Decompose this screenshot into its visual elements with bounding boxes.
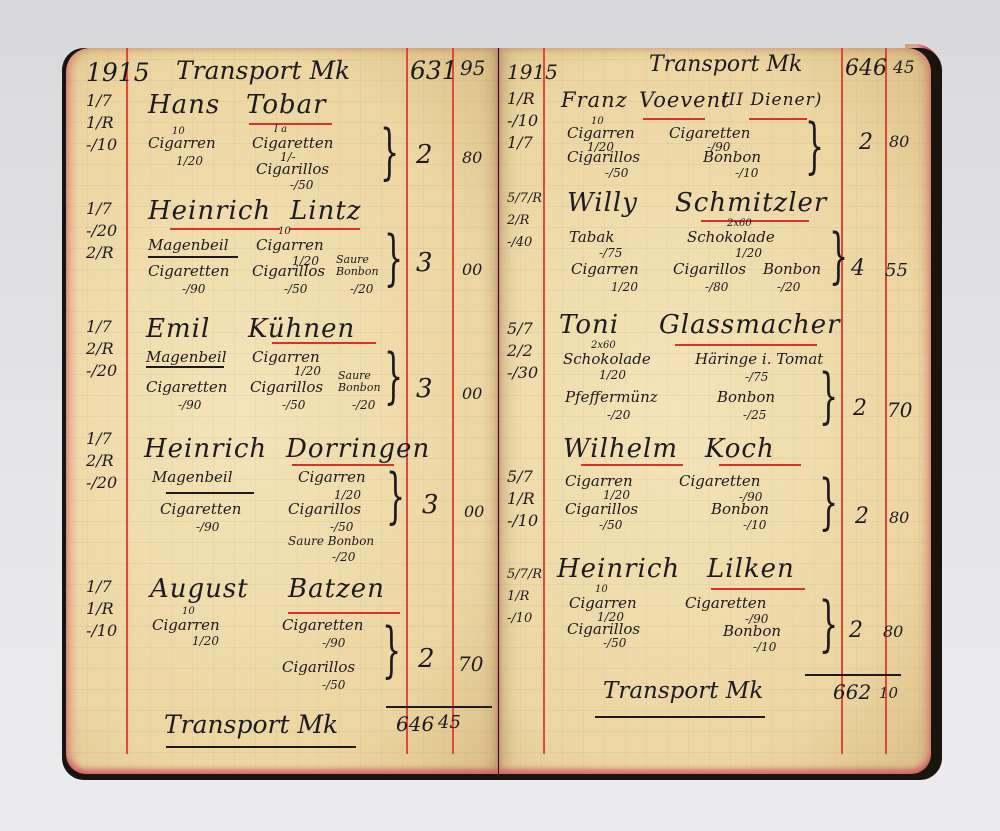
- header-amount-marks: 631: [410, 56, 458, 85]
- item-name: Cigaretten: [148, 262, 229, 280]
- item-name: Cigarillos: [250, 378, 323, 396]
- item-name: Cigarillos: [673, 260, 746, 278]
- header-transport-label: Transport Mk: [176, 56, 350, 85]
- pfennig-column-rule: [452, 48, 454, 754]
- entry-dates: 1/7-/202/R: [86, 198, 117, 264]
- item-price: -/50: [603, 636, 626, 650]
- name-underline: [719, 464, 801, 466]
- entry-total-marks: 3: [416, 248, 433, 278]
- customer-first-name: Willy: [567, 188, 638, 218]
- customer-last-name: Schmitzler: [675, 188, 827, 218]
- entry-total-marks: 2: [418, 644, 435, 674]
- item-price: -/20: [352, 398, 375, 412]
- item-price: -/10: [753, 640, 776, 654]
- entry-total-cents: 80: [462, 148, 482, 167]
- grouping-brace: }: [384, 346, 403, 406]
- entry-total-cents: 00: [464, 502, 484, 521]
- entry-dates: 1/R-/101/7: [507, 88, 538, 154]
- grouping-brace: }: [380, 122, 399, 182]
- grouping-brace: }: [382, 620, 401, 680]
- item-name: Saure Bonbon: [338, 370, 378, 394]
- header-transport-label: Transport Mk: [649, 52, 802, 77]
- item-name: Cigarren: [152, 616, 220, 634]
- entry-total-marks: 2: [849, 618, 863, 643]
- left-page: 1915 Transport Mk 631 95 1/71/R-/10 Hans…: [66, 48, 498, 774]
- item-name: Cigarren: [148, 134, 216, 152]
- item-name: Cigarillos: [565, 500, 638, 518]
- item-name: Magenbeil: [146, 348, 227, 366]
- grouping-brace: }: [819, 472, 838, 532]
- grouping-brace: }: [384, 228, 403, 288]
- entry-total-marks: 3: [422, 490, 439, 520]
- right-page: 1915 Transport Mk 646 45 1/R-/101/7 Fran…: [499, 48, 931, 774]
- item-price: -/20: [777, 280, 800, 294]
- customer-last-name: Tobar: [246, 90, 327, 120]
- customer-first-name: Heinrich: [144, 434, 267, 464]
- item-name: Magenbeil: [148, 236, 229, 254]
- item-price: -/50: [290, 178, 313, 192]
- entry-dates: 5/7/R1/R-/10: [507, 564, 542, 630]
- name-underline: [290, 228, 360, 230]
- customer-first-name: Wilhelm: [563, 434, 678, 464]
- customer-last-name: Lintz: [290, 196, 361, 226]
- grouping-brace: }: [819, 366, 838, 426]
- item-name: Cigaretten: [160, 500, 241, 518]
- entry-total-cents: 80: [889, 132, 909, 151]
- name-underline: [711, 588, 805, 590]
- item-name: Schokolade: [687, 228, 775, 246]
- item-price: -/80: [705, 280, 728, 294]
- item-name: Cigarren: [571, 260, 639, 278]
- customer-first-name: Hans: [148, 90, 220, 120]
- item-name: Bonbon: [763, 260, 821, 278]
- name-underline: [272, 342, 376, 344]
- item-price: -/90: [182, 282, 205, 296]
- item-name: Bonbon: [723, 622, 781, 640]
- entry-total-marks: 2: [859, 130, 873, 155]
- item-name: Cigarillos: [567, 148, 640, 166]
- item-price: -/25: [743, 408, 766, 422]
- item-price: 1/20: [599, 368, 626, 382]
- item-price: -/50: [282, 398, 305, 412]
- header-year: 1915: [86, 58, 150, 87]
- name-underline: [292, 464, 394, 466]
- customer-last-name: Kühnen: [248, 314, 355, 344]
- item-price: -/90: [196, 520, 219, 534]
- entry-total-cents: 00: [462, 260, 482, 279]
- entry-total-marks: 2: [416, 140, 433, 170]
- customer-note: (II Diener): [721, 90, 822, 110]
- entry-dates: 1/72/R-/20: [86, 316, 117, 382]
- name-underline: [288, 612, 400, 614]
- grouping-brace: }: [386, 466, 405, 526]
- name-underline: [643, 118, 705, 120]
- footer-underline: [166, 746, 356, 748]
- item-price: 1/20: [611, 280, 638, 294]
- item-name: Cigarillos: [282, 658, 355, 676]
- footer-amount-marks: 662: [833, 680, 871, 704]
- header-amount-cents: 45: [893, 58, 915, 78]
- customer-last-name: Batzen: [288, 574, 385, 604]
- item-price: -/10: [735, 166, 758, 180]
- item-name: Cigaretten: [282, 616, 363, 634]
- entry-total-marks: 3: [416, 374, 433, 404]
- item-name: Cigarren: [298, 468, 366, 486]
- item-price: -/50: [322, 678, 345, 692]
- footer-transport-label: Transport Mk: [164, 710, 338, 739]
- item-name: Bonbon: [717, 388, 775, 406]
- item-name: Cigarren: [256, 236, 324, 254]
- item-price: 1/20: [192, 634, 219, 648]
- name-underline: [749, 118, 807, 120]
- item-name: Cigaretten: [146, 378, 227, 396]
- entry-total-cents: 80: [889, 508, 909, 527]
- item-name: Cigaretten: [679, 472, 760, 490]
- name-underline: [701, 220, 809, 222]
- footer-amount-cents: 10: [879, 684, 898, 702]
- sum-line: [386, 706, 492, 708]
- item-price: 1/20: [176, 154, 203, 168]
- footer-underline: [595, 716, 765, 718]
- header-amount-marks: 646: [845, 56, 887, 81]
- customer-first-name: Emil: [146, 314, 210, 344]
- name-underline: [675, 344, 817, 346]
- entry-dates: 5/71/R-/10: [507, 466, 538, 532]
- entry-dates: 5/72/2-/30: [507, 318, 538, 384]
- item-name: Saure Bonbon: [288, 534, 374, 548]
- footer-amount-marks: 646: [396, 712, 434, 736]
- customer-first-name: Heinrich: [148, 196, 271, 226]
- mark-column-rule: [841, 48, 843, 754]
- name-underline: [170, 228, 280, 230]
- item-name: Cigarillos: [288, 500, 361, 518]
- item-price: -/50: [605, 166, 628, 180]
- item-name: Pfeffermünz: [565, 388, 658, 406]
- customer-first-name: Heinrich: [557, 554, 680, 584]
- item-price: 1/20: [735, 246, 762, 260]
- sum-line: [805, 674, 901, 676]
- grouping-brace: }: [819, 594, 838, 654]
- date-column-rule: [543, 48, 545, 754]
- customer-last-name: Koch: [705, 434, 775, 464]
- item-name: Magenbeil: [152, 468, 233, 486]
- item-price: -/75: [599, 246, 622, 260]
- item-price: -/50: [599, 518, 622, 532]
- entry-dates: 1/71/R-/10: [86, 576, 117, 642]
- customer-first-name: August: [150, 574, 249, 604]
- item-name: Saure Bonbon: [336, 254, 376, 278]
- date-column-rule: [126, 48, 128, 754]
- entry-total-cents: 80: [883, 622, 903, 641]
- item-price: -/10: [743, 518, 766, 532]
- item-price: -/20: [350, 282, 373, 296]
- item-name: Cigaretten: [685, 594, 766, 612]
- footer-amount-cents: 45: [438, 712, 461, 733]
- grouping-brace: }: [805, 116, 824, 176]
- item-price: -/20: [607, 408, 630, 422]
- item-price: -/50: [284, 282, 307, 296]
- item-name: Tabak: [569, 228, 614, 246]
- entry-total-cents: 70: [887, 398, 912, 422]
- header-year: 1915: [507, 60, 558, 84]
- item-price: -/90: [322, 636, 345, 650]
- entry-dates: 1/71/R-/10: [86, 90, 117, 156]
- item-name: Bonbon: [703, 148, 761, 166]
- item-price: -/50: [330, 520, 353, 534]
- entry-total-marks: 2: [855, 504, 869, 529]
- entry-total-marks: 2: [853, 396, 867, 421]
- grouping-brace: }: [829, 226, 848, 286]
- entry-dates: 5/7/R2/R-/40: [507, 188, 542, 254]
- entry-total-cents: 00: [462, 384, 482, 403]
- header-amount-cents: 95: [460, 56, 485, 80]
- item-price: 1/20: [294, 364, 321, 378]
- item-name: Cigarillos: [256, 160, 329, 178]
- customer-first-name: Franz: [561, 88, 628, 112]
- entry-total-cents: 70: [458, 652, 483, 676]
- name-underline: [581, 464, 683, 466]
- customer-last-name: Voevent: [639, 88, 731, 112]
- footer-transport-label: Transport Mk: [603, 678, 763, 704]
- name-underline: [249, 123, 332, 125]
- item-price: -/90: [178, 398, 201, 412]
- item-price: -/75: [745, 370, 768, 384]
- item-name: Häringe i. Tomat: [695, 350, 823, 368]
- customer-last-name: Lilken: [707, 554, 795, 584]
- customer-first-name: Toni: [559, 310, 619, 340]
- item-name: Bonbon: [711, 500, 769, 518]
- customer-last-name: Glassmacher: [659, 310, 841, 340]
- entry-total-marks: 4: [851, 256, 865, 281]
- entry-dates: 1/72/R-/20: [86, 428, 117, 494]
- item-price: -/20: [332, 550, 355, 564]
- mark-column-rule: [406, 48, 408, 754]
- customer-last-name: Dorringen: [286, 434, 430, 464]
- item-name: Schokolade: [563, 350, 651, 368]
- entry-total-cents: 55: [885, 260, 908, 281]
- item-name: Cigarillos: [252, 262, 325, 280]
